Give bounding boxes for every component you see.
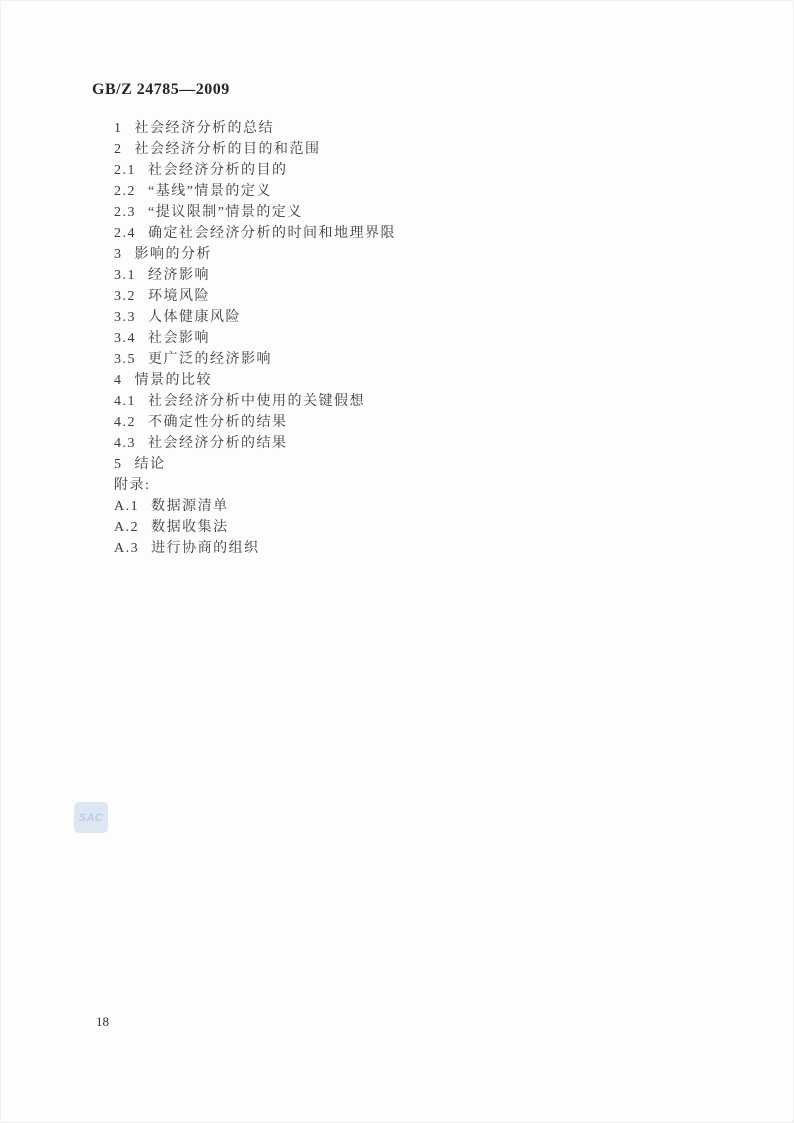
toc-item-appendix-heading: 附录: <box>114 475 396 496</box>
toc-item: 3.4社会影响 <box>114 328 396 349</box>
toc-item: 4.2不确定性分析的结果 <box>114 412 396 433</box>
toc-item-label: 人体健康风险 <box>148 310 241 325</box>
toc-item-label: 不确定性分析的结果 <box>148 415 288 430</box>
toc-item-label: 进行协商的组织 <box>151 541 260 556</box>
toc-item-label: 附录: <box>114 478 150 493</box>
toc-item-number: A.3 <box>114 538 139 559</box>
toc-item: 5结论 <box>114 454 396 475</box>
toc-item-label: 情景的比较 <box>135 373 213 388</box>
toc-item-number: 2 <box>114 139 123 160</box>
toc-item: 2.4确定社会经济分析的时间和地理界限 <box>114 223 396 244</box>
toc-item-label: “基线”情景的定义 <box>148 184 272 199</box>
toc-item-number: 4.2 <box>114 412 136 433</box>
toc-item-number: 3.3 <box>114 307 136 328</box>
toc-item-number: 3 <box>114 244 123 265</box>
toc-item-number: 4 <box>114 370 123 391</box>
toc-item-number: 3.2 <box>114 286 136 307</box>
toc-item-label: 社会影响 <box>148 331 210 346</box>
toc-item-label: 社会经济分析中使用的关键假想 <box>148 394 365 409</box>
toc-item: 3.5更广泛的经济影响 <box>114 349 396 370</box>
toc-item: A.1数据源清单 <box>114 496 396 517</box>
toc-item-label: 数据源清单 <box>151 499 229 514</box>
toc-item: 3.3人体健康风险 <box>114 307 396 328</box>
toc-item-number: 5 <box>114 454 123 475</box>
toc-item: 2.1社会经济分析的目的 <box>114 160 396 181</box>
toc-item-number: 3.5 <box>114 349 136 370</box>
toc-item-number: A.1 <box>114 496 139 517</box>
toc-item: 4.3社会经济分析的结果 <box>114 433 396 454</box>
toc-item-number: 2.1 <box>114 160 136 181</box>
toc-item-label: 数据收集法 <box>151 520 229 535</box>
toc-item-label: 影响的分析 <box>135 247 213 262</box>
table-of-contents: 1社会经济分析的总结 2社会经济分析的目的和范围 2.1社会经济分析的目的 2.… <box>114 118 396 559</box>
toc-item-label: 社会经济分析的结果 <box>148 436 288 451</box>
toc-item-number: 4.1 <box>114 391 136 412</box>
toc-item-label: 确定社会经济分析的时间和地理界限 <box>148 226 396 241</box>
document-page: GB/Z 24785—2009 1社会经济分析的总结 2社会经济分析的目的和范围… <box>0 0 794 1123</box>
toc-item-label: 经济影响 <box>148 268 210 283</box>
toc-item-number: 1 <box>114 118 123 139</box>
toc-item-number: 2.4 <box>114 223 136 244</box>
toc-item: 3.2环境风险 <box>114 286 396 307</box>
toc-item-number: 3.4 <box>114 328 136 349</box>
toc-item-label: 社会经济分析的总结 <box>135 121 275 136</box>
toc-item-label: “提议限制”情景的定义 <box>148 205 303 220</box>
sac-watermark-logo: SAC <box>74 802 108 833</box>
toc-item: 2社会经济分析的目的和范围 <box>114 139 396 160</box>
toc-item: A.3进行协商的组织 <box>114 538 396 559</box>
toc-item-number: A.2 <box>114 517 139 538</box>
toc-item: 3.1经济影响 <box>114 265 396 286</box>
toc-item-number: 3.1 <box>114 265 136 286</box>
toc-item: 1社会经济分析的总结 <box>114 118 396 139</box>
toc-item-label: 结论 <box>135 457 166 472</box>
toc-item-label: 环境风险 <box>148 289 210 304</box>
toc-item: 2.2“基线”情景的定义 <box>114 181 396 202</box>
toc-item: 4.1社会经济分析中使用的关键假想 <box>114 391 396 412</box>
toc-item-number: 2.3 <box>114 202 136 223</box>
document-standard-number: GB/Z 24785—2009 <box>92 81 230 99</box>
toc-item-label: 更广泛的经济影响 <box>148 352 272 367</box>
toc-item: A.2数据收集法 <box>114 517 396 538</box>
toc-item-label: 社会经济分析的目的 <box>148 163 288 178</box>
toc-item-number: 2.2 <box>114 181 136 202</box>
toc-item: 2.3“提议限制”情景的定义 <box>114 202 396 223</box>
toc-item: 4情景的比较 <box>114 370 396 391</box>
toc-item-number: 4.3 <box>114 433 136 454</box>
page-number: 18 <box>96 1014 109 1030</box>
toc-item: 3影响的分析 <box>114 244 396 265</box>
toc-item-label: 社会经济分析的目的和范围 <box>135 142 321 157</box>
